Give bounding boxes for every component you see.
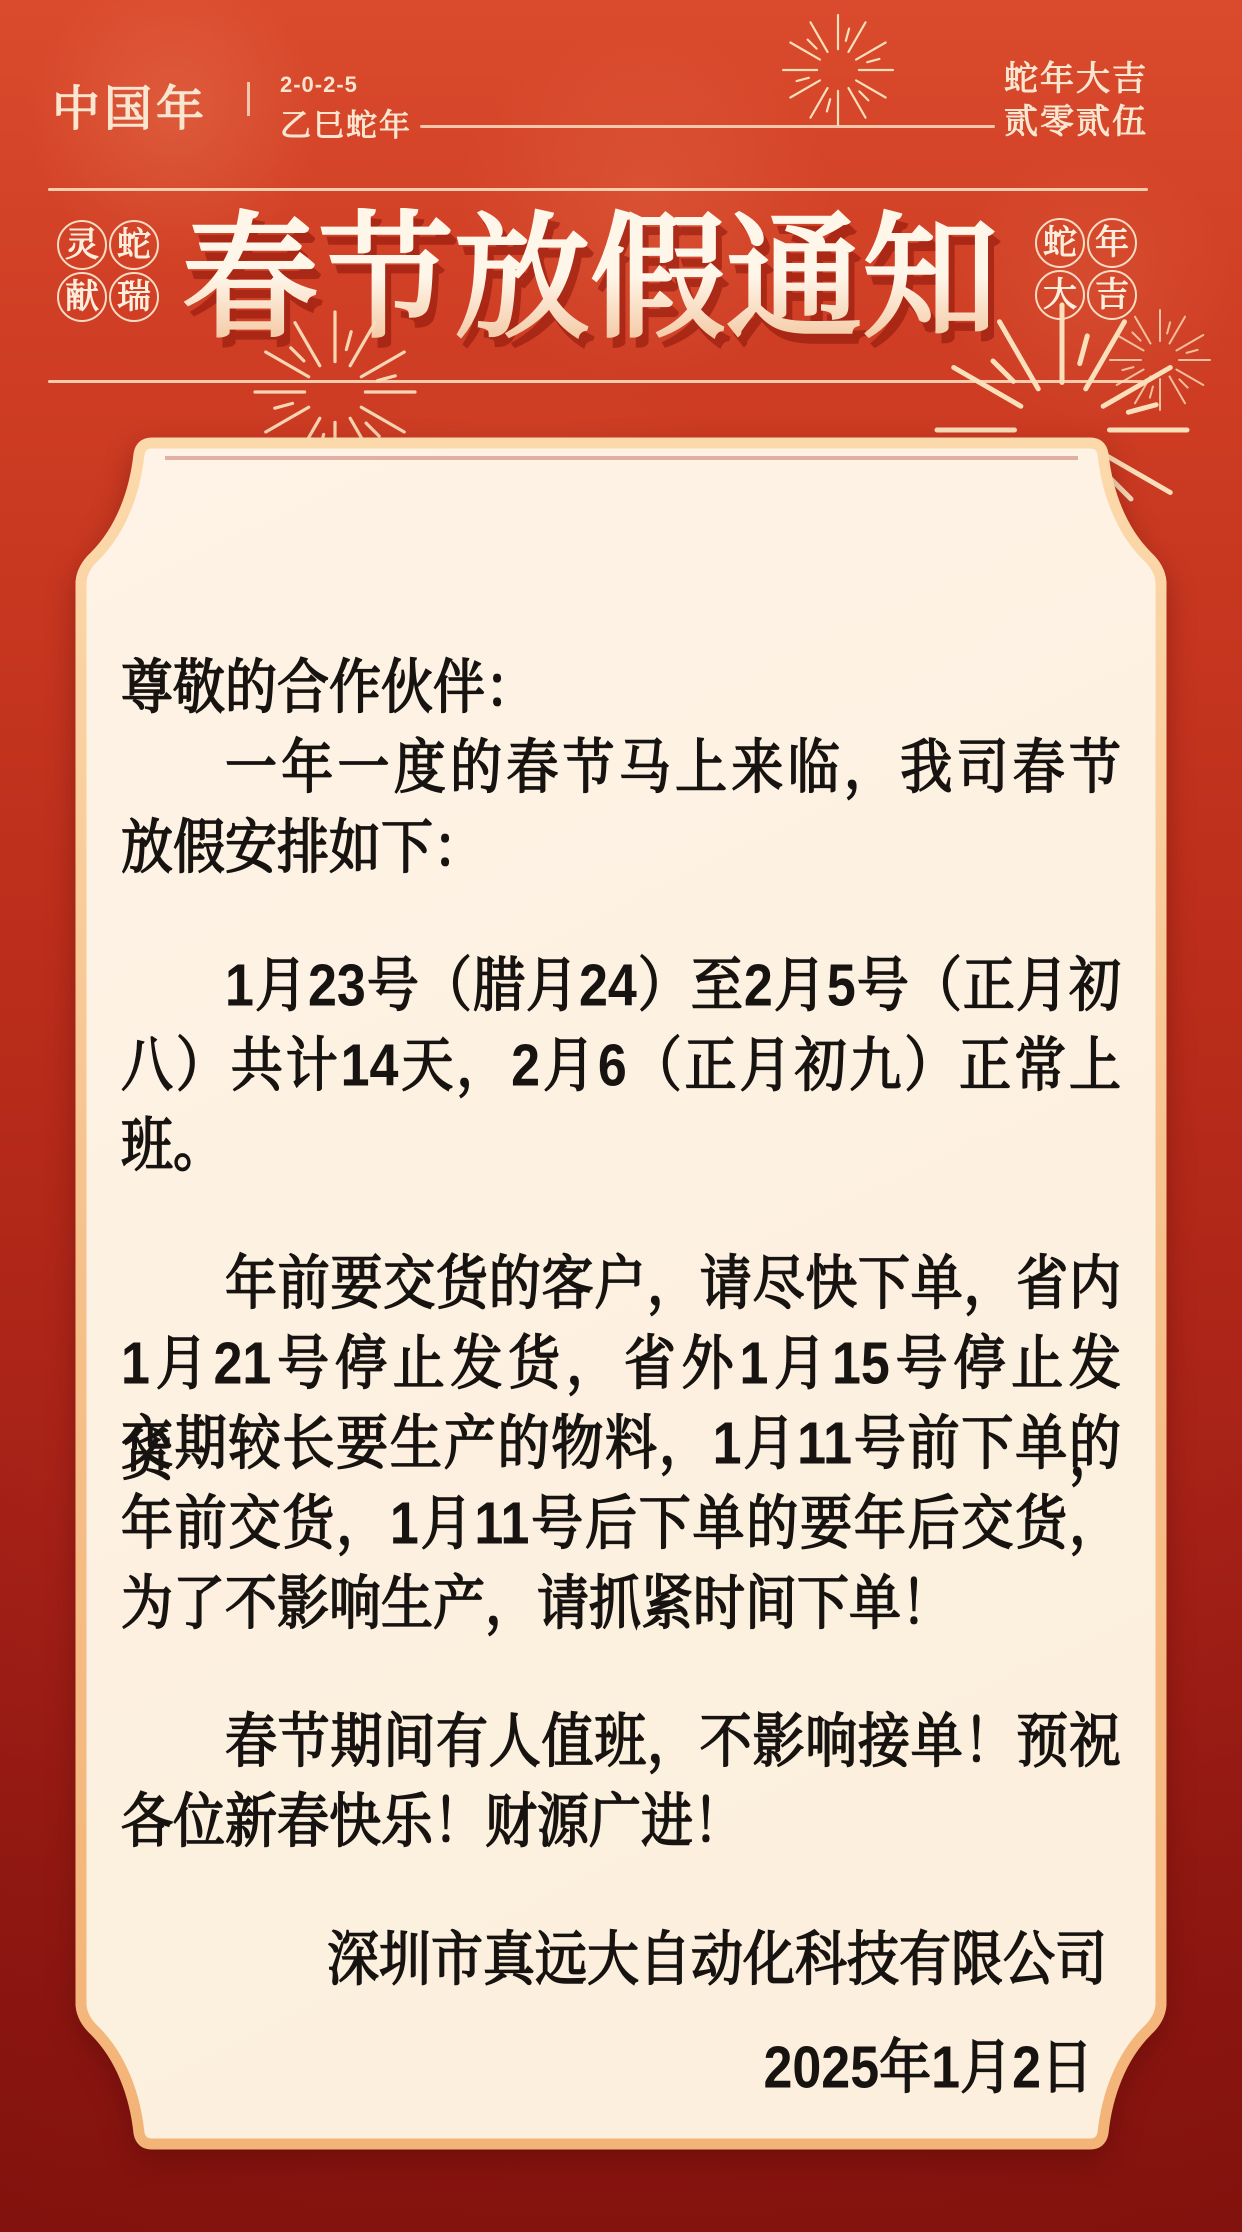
notice-line: 为了不影响生产，请抓紧时间下单！ bbox=[121, 1558, 1121, 1649]
notice-line: 1月23号（腊月24）至2月5号（正月初 bbox=[121, 940, 1121, 1031]
notice-line: 1月21号停止发货，省外1月15号停止发货， bbox=[121, 1318, 1121, 1409]
notice-line: 春节期间有人值班，不影响接单！预祝 bbox=[121, 1696, 1121, 1787]
notice-line: 八）共计14天，2月6（正月初九）正常上 bbox=[121, 1020, 1121, 1111]
notice-line: 一年一度的春节马上来临，我司春节 bbox=[121, 722, 1121, 813]
paragraph-gap bbox=[121, 1862, 1121, 1920]
paragraph-gap bbox=[121, 1644, 1121, 1702]
holiday-notice-poster: 中国年 2-0-2-5 乙巳蛇年 蛇年大吉 贰零贰伍 灵 蛇 献 瑞 春节放假通… bbox=[0, 0, 1242, 2232]
notice-body: 尊敬的合作伙伴： 一年一度的春节马上来临，我司春节 放假安排如下： 1月23号（… bbox=[121, 648, 1121, 2108]
notice-line: 交期较长要生产的物料，1月11号前下单的 bbox=[121, 1398, 1121, 1489]
notice-line: 放假安排如下： bbox=[121, 802, 1121, 893]
salutation: 尊敬的合作伙伴： bbox=[121, 642, 1121, 733]
notice-line: 班。 bbox=[121, 1100, 1121, 1191]
notice-date: 2025年1月2日 bbox=[121, 2022, 1121, 2113]
paragraph-gap bbox=[121, 1186, 1121, 1244]
paragraph-gap bbox=[121, 888, 1121, 946]
notice-line: 年前要交货的客户，请尽快下单，省内 bbox=[121, 1238, 1121, 1329]
company-signature: 深圳市真远大自动化科技有限公司 bbox=[121, 1914, 1121, 2005]
notice-line: 年前交货，1月11号后下单的要年后交货， bbox=[121, 1478, 1121, 1569]
notice-line: 各位新春快乐！财源广进！ bbox=[121, 1776, 1121, 1867]
